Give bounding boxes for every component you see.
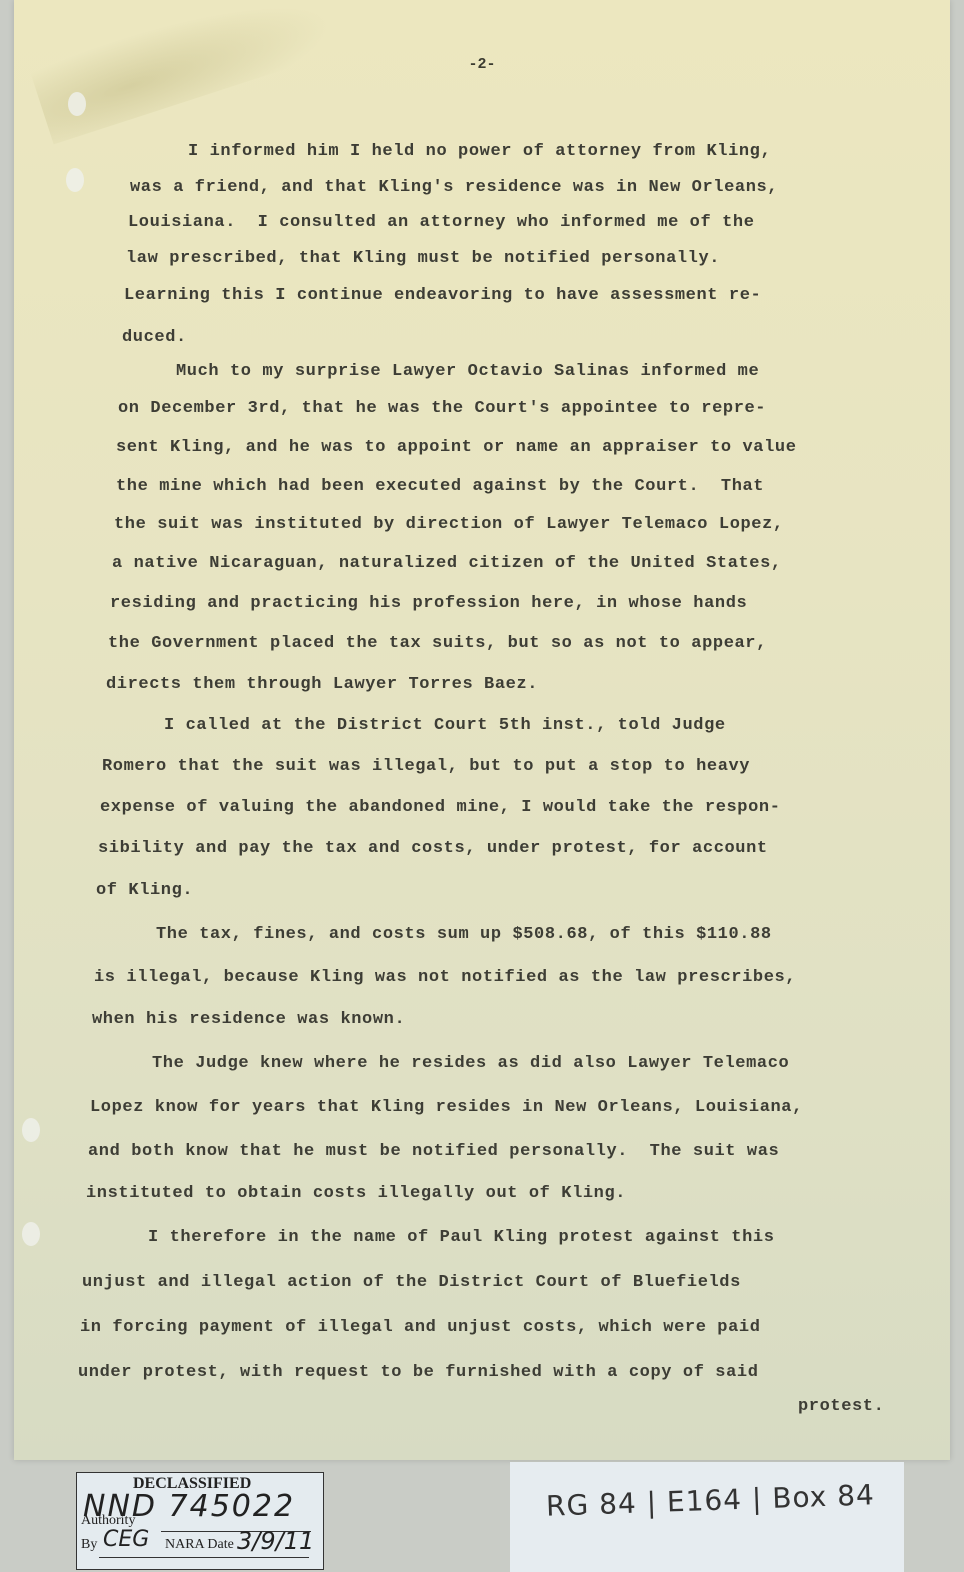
declassified-stamp: DECLASSIFIED NND 745022 Authority By CEG… bbox=[76, 1472, 324, 1570]
text-line: protest. bbox=[798, 1397, 884, 1416]
punch-hole-middle bbox=[22, 1118, 40, 1142]
text-line: on December 3rd, that he was the Court's… bbox=[118, 399, 766, 418]
text-line: Louisiana. I consulted an attorney who i… bbox=[128, 213, 755, 232]
stamp-nara-date-label: NARA Date bbox=[165, 1537, 234, 1553]
text-line: under protest, with request to be furnis… bbox=[78, 1363, 759, 1382]
text-line: I called at the District Court 5th inst.… bbox=[164, 716, 726, 735]
text-line: the Government placed the tax suits, but… bbox=[108, 634, 767, 653]
text-line: Romero that the suit was illegal, but to… bbox=[102, 757, 750, 776]
text-line: duced. bbox=[122, 328, 187, 347]
punch-hole-upper bbox=[66, 168, 84, 192]
stamp-underline bbox=[99, 1557, 309, 1558]
stamp-date: 3/9/11 bbox=[237, 1527, 314, 1555]
text-line: Learning this I continue endeavoring to … bbox=[124, 286, 761, 305]
text-line: The Judge knew where he resides as did a… bbox=[152, 1054, 789, 1073]
page-number: -2- bbox=[0, 56, 964, 73]
punch-hole-lower bbox=[22, 1222, 40, 1246]
text-line: The tax, fines, and costs sum up $508.68… bbox=[156, 925, 772, 944]
text-line: Much to my surprise Lawyer Octavio Salin… bbox=[176, 362, 759, 381]
stamp-by-label: By bbox=[81, 1537, 97, 1553]
text-line: of Kling. bbox=[96, 881, 193, 900]
text-line: I informed him I held no power of attorn… bbox=[188, 142, 771, 161]
text-line: the mine which had been executed against… bbox=[116, 477, 764, 496]
text-line: in forcing payment of illegal and unjust… bbox=[80, 1318, 761, 1337]
stamp-by-initials: CEG bbox=[103, 1527, 149, 1552]
text-line: directs them through Lawyer Torres Baez. bbox=[106, 675, 538, 694]
archive-reference-text: RG 84 | E164 | Box 84 bbox=[546, 1478, 876, 1522]
text-line: unjust and illegal action of the Distric… bbox=[82, 1273, 741, 1292]
text-line: law prescribed, that Kling must be notif… bbox=[126, 249, 720, 268]
text-line: sent Kling, and he was to appoint or nam… bbox=[116, 438, 797, 457]
archive-reference-card: RG 84 | E164 | Box 84 bbox=[510, 1462, 904, 1572]
text-line: instituted to obtain costs illegally out… bbox=[86, 1184, 626, 1203]
text-line: the suit was instituted by direction of … bbox=[114, 515, 784, 534]
text-line: Lopez know for years that Kling resides … bbox=[90, 1098, 803, 1117]
punch-hole-top bbox=[68, 92, 86, 116]
text-line: and both know that he must be notified p… bbox=[88, 1142, 779, 1161]
text-line: when his residence was known. bbox=[92, 1010, 405, 1029]
text-line: expense of valuing the abandoned mine, I… bbox=[100, 798, 781, 817]
text-line: is illegal, because Kling was not notifi… bbox=[94, 968, 796, 987]
text-line: residing and practicing his profession h… bbox=[110, 594, 747, 613]
text-line: sibility and pay the tax and costs, unde… bbox=[98, 839, 768, 858]
text-line: I therefore in the name of Paul Kling pr… bbox=[148, 1228, 775, 1247]
text-line: a native Nicaraguan, naturalized citizen… bbox=[112, 554, 782, 573]
text-line: was a friend, and that Kling's residence… bbox=[130, 178, 778, 197]
